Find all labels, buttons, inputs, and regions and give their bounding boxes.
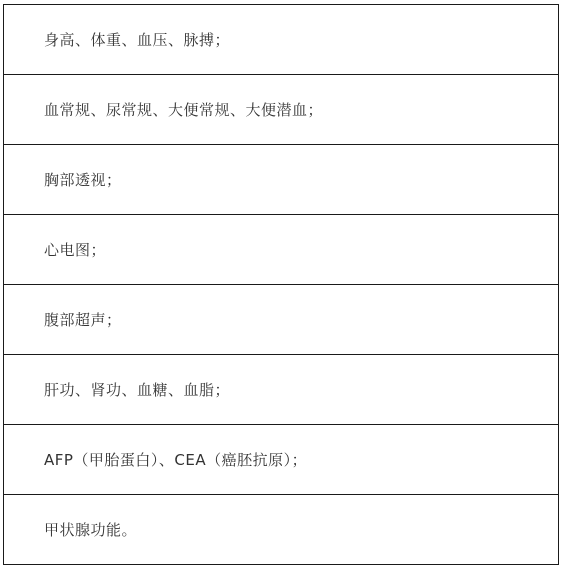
table-cell-liver-kidney-function: 肝功、肾功、血糖、血脂； xyxy=(4,355,559,425)
table-row: 心电图； xyxy=(4,215,559,285)
table-cell-abdominal-ultrasound: 腹部超声； xyxy=(4,285,559,355)
table-row: 腹部超声； xyxy=(4,285,559,355)
table-row: 身高、体重、血压、脉搏； xyxy=(4,5,559,75)
table-cell-chest-fluoroscopy: 胸部透视； xyxy=(4,145,559,215)
table-row: 胸部透视； xyxy=(4,145,559,215)
table-cell-tumor-markers: AFP（甲胎蛋白）、CEA（癌胚抗原）； xyxy=(4,425,559,495)
table-cell-routine-tests: 血常规、尿常规、大便常规、大便潜血； xyxy=(4,75,559,145)
table-row: 肝功、肾功、血糖、血脂； xyxy=(4,355,559,425)
health-checkup-table: 身高、体重、血压、脉搏； 血常规、尿常规、大便常规、大便潜血； 胸部透视； 心电… xyxy=(3,4,559,565)
table-cell-thyroid-function: 甲状腺功能。 xyxy=(4,495,559,565)
table-row: AFP（甲胎蛋白）、CEA（癌胚抗原）； xyxy=(4,425,559,495)
table-cell-ecg: 心电图； xyxy=(4,215,559,285)
table-row: 甲状腺功能。 xyxy=(4,495,559,565)
table-row: 血常规、尿常规、大便常规、大便潜血； xyxy=(4,75,559,145)
table-cell-body-measurements: 身高、体重、血压、脉搏； xyxy=(4,5,559,75)
